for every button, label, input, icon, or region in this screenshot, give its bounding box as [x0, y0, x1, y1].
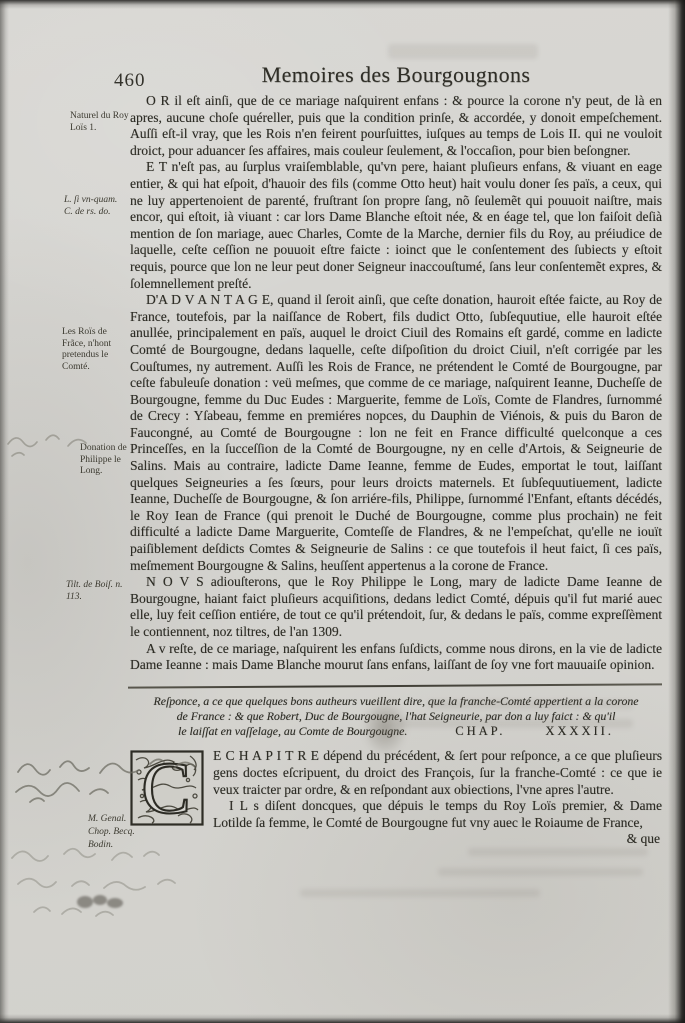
bleedthrough-text: [388, 44, 538, 59]
paragraph: O R il eſt ainſi, que de ce mariage naſq…: [130, 93, 662, 159]
running-title: Memoires des Bourgougnons: [130, 62, 662, 88]
page-edge-top: [0, 0, 685, 9]
paragraph: D'A D V A N T A G E, quand il ſeroit ain…: [130, 292, 662, 574]
chapter-number: XXXXII.: [545, 724, 614, 738]
page-edge-right: [668, 0, 685, 1023]
paragraph: E T n'eſt pas, au ſurplus vraiſemblable,…: [130, 159, 662, 292]
chapter-label: CHAP.: [455, 724, 505, 738]
chapter-opening-block: C E C H A P I T R E dépend du précédent,…: [130, 748, 662, 848]
catchword: & que: [130, 831, 662, 848]
chapter-argument: Reſponce, a ce que quelques bons autheur…: [130, 694, 662, 740]
argument-line: de France : & que Robert, Duc de Bourgou…: [130, 709, 662, 724]
handwritten-marginalia: [4, 840, 239, 930]
section-divider-rule: [128, 683, 662, 688]
woodcut-initial-c: C: [130, 750, 204, 826]
argument-line-text: le laiſſat en vaſſelage, au Comte de Bou…: [178, 724, 407, 738]
bleedthrough-text: [438, 868, 643, 876]
chapter-paragraph: I L s diſent doncques, que dépuis le tem…: [130, 798, 662, 831]
chapter-paragraph: E C H A P I T R E dépend du précédent, &…: [130, 748, 662, 798]
page-edge-bottom: [0, 1014, 685, 1023]
margin-note: L. ſi vn-quam. C. de rs. do.: [64, 195, 126, 218]
page-edge-left: [0, 0, 9, 1023]
margin-note: Naturel du Roy Loïs 1.: [70, 111, 130, 134]
margin-note: Les Roïs de Frãce, n'hont pretendus le C…: [62, 327, 130, 373]
paragraph: N O V S adiouſterons, que le Roy Philipp…: [130, 574, 662, 640]
argument-line: le laiſſat en vaſſelage, au Comte de Bou…: [130, 724, 662, 739]
bleedthrough-text: [468, 848, 648, 856]
book-page-scan: 460 Memoires des Bourgougnons Naturel du…: [0, 0, 685, 1023]
bleedthrough-text: [300, 889, 540, 897]
paragraph: A v reſte, de ce mariage, naſquirent les…: [130, 641, 662, 674]
main-text-column: O R il eſt ainſi, que de ce mariage naſq…: [130, 93, 662, 848]
ink-blotch: [76, 891, 126, 911]
argument-line: Reſponce, a ce que quelques bons autheur…: [130, 694, 662, 709]
initial-letter: C: [141, 750, 190, 826]
margin-note: Tilt. de Boiſ. n. 113.: [66, 580, 128, 603]
